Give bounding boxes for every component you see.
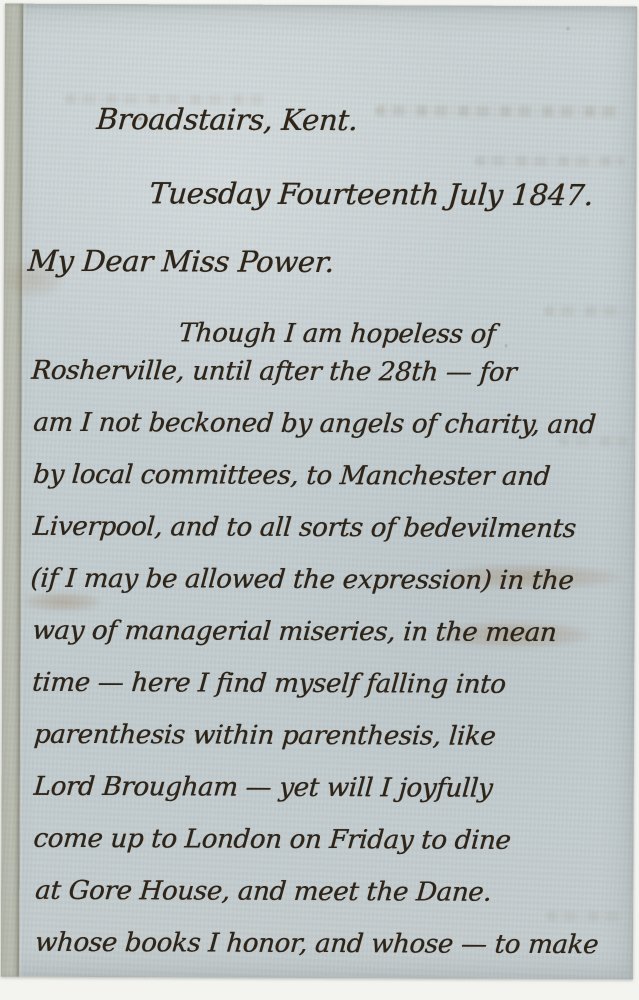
- stain: [22, 592, 102, 612]
- opening-line: Though I am hopeless of: [178, 318, 497, 349]
- body-line-5: (if I may be allowed the expression) in …: [30, 564, 575, 596]
- stain: [565, 26, 571, 31]
- date-line: Tuesday Fourteenth July 1847.: [148, 176, 594, 212]
- ink-showthrough: [546, 911, 621, 921]
- body-line-12: whose books I honor, and whose — to make: [34, 928, 599, 960]
- body-line-9: Lord Brougham — yet will I joyfully: [33, 772, 494, 804]
- body-line-2: am I not beckoned by angels of charity, …: [32, 408, 596, 440]
- ink-showthrough: [474, 156, 624, 167]
- salutation-line: My Dear Miss Power.: [27, 244, 336, 279]
- body-line-3: by local committees, to Manchester and: [32, 460, 551, 492]
- body-line-4: Liverpool, and to all sorts of bedevilme…: [32, 512, 577, 544]
- body-line-6: way of managerial miseries, in the mean: [31, 616, 557, 648]
- body-line-1: Rosherville, until after the 28th — for: [30, 356, 517, 388]
- body-line-11: at Gore House, and meet the Dane.: [34, 876, 492, 908]
- body-line-8: parenthesis within parenthesis, like: [33, 720, 497, 752]
- body-line-10: come up to London on Friday to dine: [32, 824, 511, 856]
- letter-scan: { "letter": { "place_line": "Broadstairs…: [0, 0, 639, 1000]
- letter-page: Broadstairs, Kent. Tuesday Fourteenth Ju…: [1, 4, 637, 980]
- ink-showthrough: [375, 105, 620, 117]
- place-line: Broadstairs, Kent.: [95, 102, 358, 137]
- ink-showthrough: [544, 306, 629, 316]
- stain: [504, 344, 509, 348]
- body-line-7: time — here I find myself falling into: [31, 668, 507, 700]
